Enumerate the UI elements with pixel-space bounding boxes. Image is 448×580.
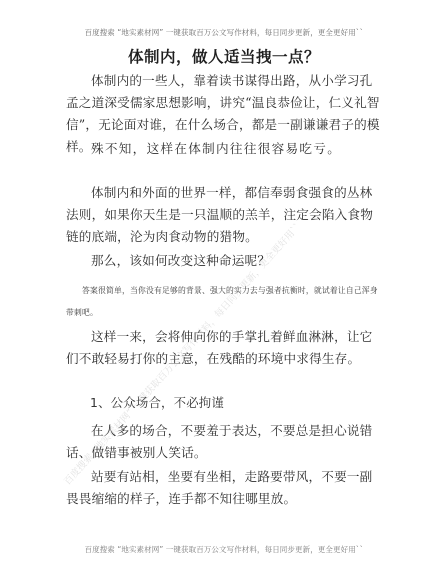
paragraph-consequence: 殊不知，这样在体制内往往很容易吃亏。 xyxy=(66,138,384,160)
paragraph-jungle-law: 体制内和外面的世界一样，都信奉弱食强食的丛林法则，如果你天生是一只温顺的羔羊，注… xyxy=(66,182,384,248)
document-title: 体制内，做人适当拽一点？ xyxy=(0,45,448,67)
section-heading-1: 1、公众场合，不必拘谨 xyxy=(66,392,384,414)
document-page: 百度搜索 “地实素材网” 一键获取百万公文写作材料，每日同步更新，更全更好用``… xyxy=(0,0,448,580)
footer-promo-note: 百度搜索 “地实素材网” 一键获取百万公文写作材料，每日同步更新，更全更好用`` xyxy=(0,544,448,555)
header-promo-note: 百度搜索 “地实素材网” 一键获取百万公文写作材料，每日同步更新，更全更好用`` xyxy=(0,27,448,38)
paragraph-posture: 站要有站相，坐要有坐相，走路要带风，不要一副畏畏缩缩的样子，连手都不知往哪里放。 xyxy=(66,466,384,510)
paragraph-question: 那么，该如何改变这种命运呢？ xyxy=(66,250,384,272)
paragraph-public-speaking: 在人多的场合，不要羞于表达，不要总是担心说错话、做错事被别人笑话。 xyxy=(66,420,384,464)
paragraph-result: 这样一来，会将伸向你的手掌扎着鲜血淋淋，让它们不敢轻易打你的主意，在残酷的环境中… xyxy=(66,326,384,370)
paragraph-answer: 答案很简单，当你没有足够的背景、强大的实力去与强者抗衡时，就试着让自己浑身带刺吧… xyxy=(66,280,384,324)
